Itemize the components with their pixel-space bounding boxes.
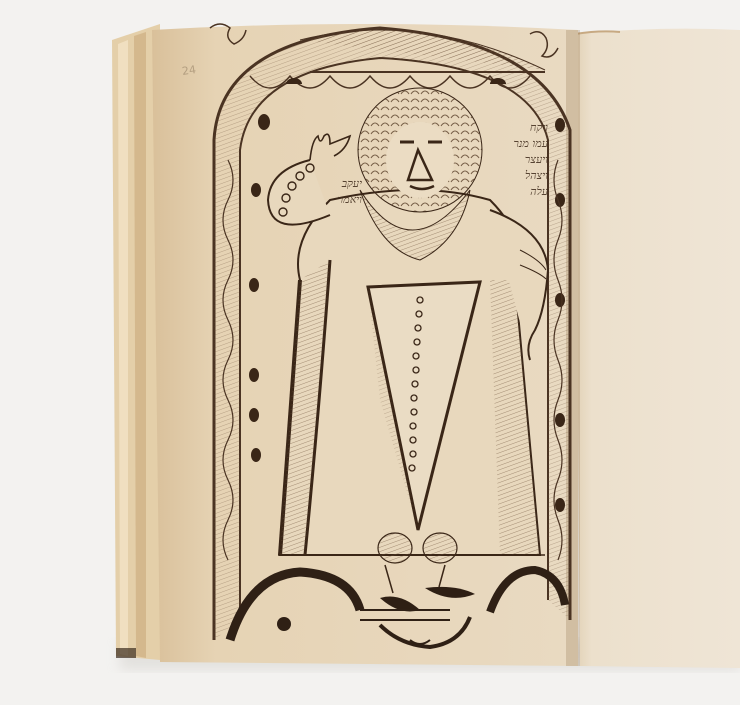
inscription-line: ויאמר [318,192,362,208]
hebrew-inscription-right: ויקח עמו מנר ויעצר ויצהל עלה [488,120,548,200]
inscription-line: יעקב [318,176,362,192]
pencil-folio-number: 24 [181,63,197,78]
hebrew-inscription-left: יעקב ויאמר [318,176,362,208]
inscription-line: ויצהל [488,168,548,184]
inscription-line: עמו מנר [488,136,548,152]
inscription-line: עלה [488,184,548,200]
manuscript-photo [0,0,740,705]
inscription-line: ויעצר [488,152,548,168]
inscription-line: ויקח [488,120,548,136]
page-block-edges [112,24,160,660]
right-page [575,29,740,668]
